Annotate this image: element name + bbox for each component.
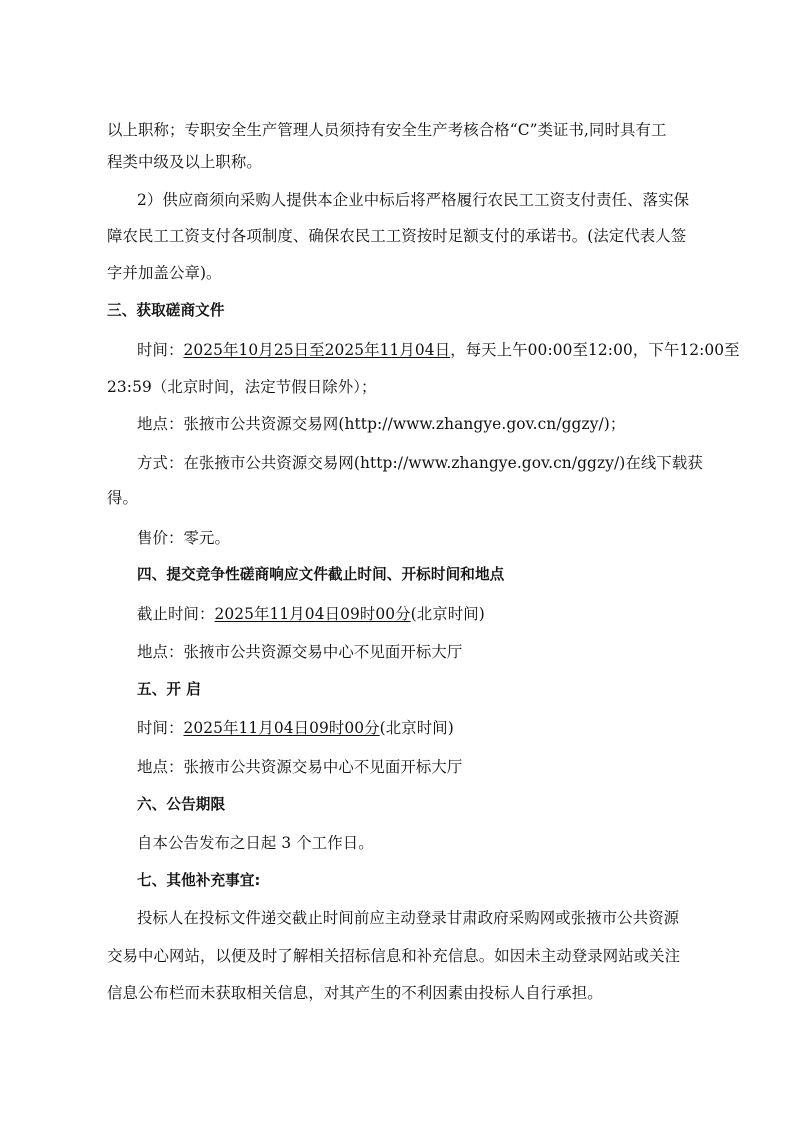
section-4-deadline: 截止时间：2025年11月04日09时00分(北京时间) (137, 604, 485, 624)
section-5-place: 地点：张掖市公共资源交易中心不见面开标大厅 (137, 757, 462, 777)
section-3-method-line-2: 得。 (107, 488, 138, 508)
section-6-text: 自本公告发布之日起 3 个工作日。 (137, 833, 374, 853)
section-7-heading: 七、其他补充事宜: (137, 871, 261, 891)
wage-commitment-line-2: 障农民工工资支付各项制度、确保农民工工资按时足额支付的承诺书。(法定代表人签 (107, 226, 686, 246)
open-time-label: 时间： (137, 719, 183, 737)
wage-commitment-line-1: 2）供应商须向采购人提供本企业中标后将严格履行农民工工资支付责任、落实保 (137, 190, 689, 210)
section-7-line-3: 信息公布栏而未获取相关信息，对其产生的不利因素由投标人自行承担。 (107, 983, 603, 1003)
time-rest: ，每天上午00:00至12:00，下午12:00至 (450, 341, 739, 359)
section-7-line-2: 交易中心网站，以便及时了解相关招标信息和补充信息。如因未主动登录网站或关注 (107, 946, 680, 966)
section-4-heading: 四、提交竞争性磋商响应文件截止时间、开标时间和地点 (137, 565, 504, 585)
section-5-time: 时间：2025年11月04日09时00分(北京时间) (137, 718, 454, 738)
qualification-line-1: 以上职称；专职安全生产管理人员须持有安全生产考核合格“C”类证书,同时具有工 (107, 120, 667, 140)
section-3-method-line-1: 方式：在张掖市公共资源交易网(http://www.zhangye.gov.cn… (137, 453, 703, 473)
open-time-tz: (北京时间) (380, 719, 454, 737)
time-label: 时间： (137, 341, 183, 359)
section-3-place: 地点：张掖市公共资源交易网(http://www.zhangye.gov.cn/… (137, 414, 625, 434)
qualification-line-2: 程类中级及以上职称。 (107, 152, 262, 172)
section-6-heading: 六、公告期限 (137, 795, 225, 815)
section-5-heading: 五、开 启 (137, 680, 201, 700)
deadline-value: 2025年11月04日09时00分 (214, 605, 410, 623)
section-7-line-1: 投标人在投标文件递交截止时间前应主动登录甘肃政府采购网或张掖市公共资源 (137, 908, 679, 928)
section-3-time-line-2: 23:59（北京时间，法定节假日除外）； (107, 377, 377, 397)
section-4-place: 地点：张掖市公共资源交易中心不见面开标大厅 (137, 642, 462, 662)
section-3-heading: 三、获取磋商文件 (107, 301, 225, 321)
deadline-label: 截止时间： (137, 605, 214, 623)
wage-commitment-line-3: 字并加盖公章)。 (107, 263, 222, 283)
section-3-time: 时间：2025年10月25日至2025年11月04日，每天上午00:00至12:… (137, 340, 740, 360)
time-range: 2025年10月25日至2025年11月04日 (183, 341, 450, 359)
deadline-tz: (北京时间) (411, 605, 485, 623)
section-3-price: 售价：零元。 (137, 528, 230, 548)
open-time-value: 2025年11月04日09时00分 (183, 719, 379, 737)
